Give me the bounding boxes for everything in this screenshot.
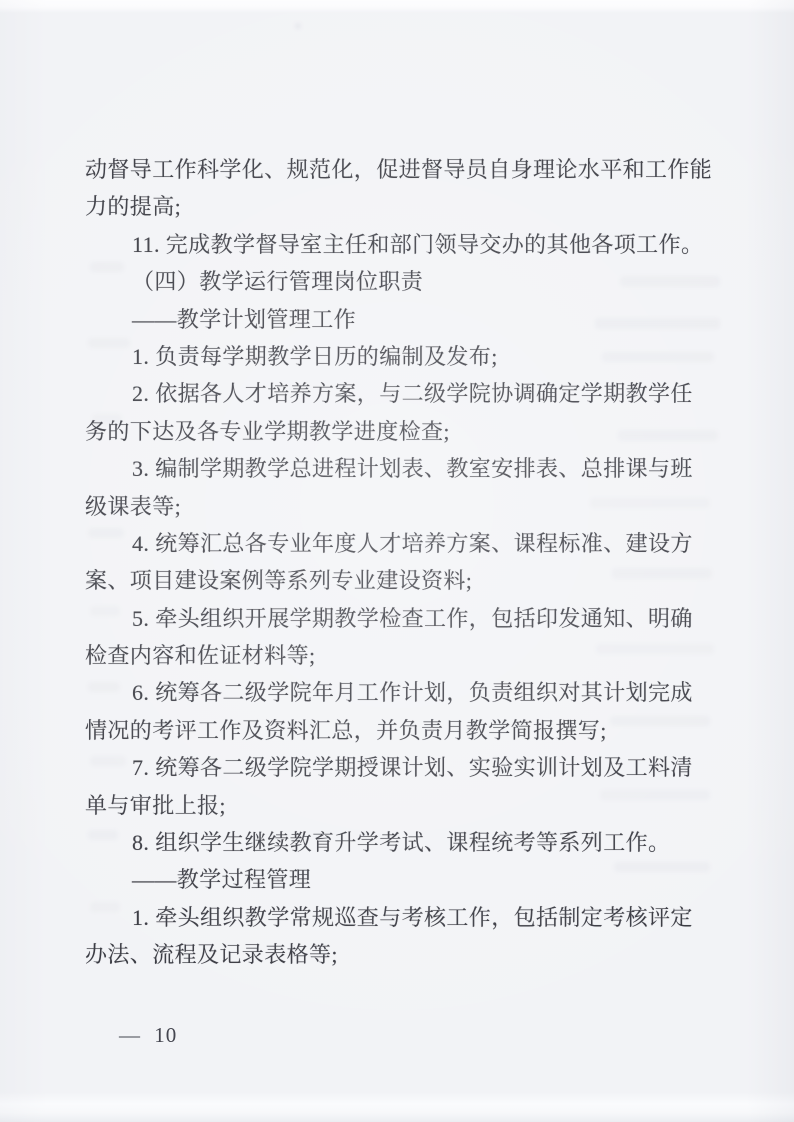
page-edge-bottom	[0, 1092, 794, 1122]
text-line: 务的下达及各专业学期教学进度检查;	[85, 413, 725, 450]
text-line: 2. 依据各人才培养方案，与二级学院协调确定学期教学任	[85, 375, 725, 412]
page-footer: — 10	[119, 1023, 177, 1048]
page-edge-top	[0, 0, 794, 13]
text-line: 8. 组织学生继续教育升学考试、课程统考等系列工作。	[85, 824, 725, 861]
text-line: 案、项目建设案例等系列专业建设资料;	[85, 562, 725, 599]
text-line: 4. 统筹汇总各专业年度人才培养方案、课程标准、建设方	[85, 525, 725, 562]
text-line: 1. 牵头组织教学常规巡查与考核工作，包括制定考核评定	[85, 899, 725, 936]
text-line: 情况的考评工作及资料汇总，并负责月教学简报撰写;	[85, 712, 725, 749]
bleed-mark	[295, 23, 301, 29]
text-line: ——教学计划管理工作	[85, 301, 725, 338]
text-line: 1. 负责每学期教学日历的编制及发布;	[85, 338, 725, 375]
text-line: 单与审批上报;	[85, 787, 725, 824]
text-line: ——教学过程管理	[85, 861, 725, 898]
text-line: 7. 统筹各二级学院学期授课计划、实验实训计划及工料清	[85, 749, 725, 786]
text-line: （四）教学运行管理岗位职责	[85, 263, 725, 300]
text-line: 6. 统筹各二级学院年月工作计划，负责组织对其计划完成	[85, 674, 725, 711]
text-line: 11. 完成教学督导室主任和部门领导交办的其他各项工作。	[85, 226, 725, 263]
text-line: 检查内容和佐证材料等;	[85, 637, 725, 674]
page-number: — 10	[119, 1023, 177, 1047]
text-line: 3. 编制学期教学总进程计划表、教室安排表、总排课与班	[85, 450, 725, 487]
text-line: 办法、流程及记录表格等;	[85, 936, 725, 973]
text-line: 力的提高;	[85, 188, 725, 225]
text-line: 级课表等;	[85, 488, 725, 525]
document-body: 动督导工作科学化、规范化，促进督导员自身理论水平和工作能力的提高;11. 完成教…	[85, 151, 725, 974]
scanned-document-page: 动督导工作科学化、规范化，促进督导员自身理论水平和工作能力的提高;11. 完成教…	[0, 0, 794, 1122]
text-line: 动督导工作科学化、规范化，促进督导员自身理论水平和工作能	[85, 151, 725, 188]
text-line: 5. 牵头组织开展学期教学检查工作，包括印发通知、明确	[85, 600, 725, 637]
